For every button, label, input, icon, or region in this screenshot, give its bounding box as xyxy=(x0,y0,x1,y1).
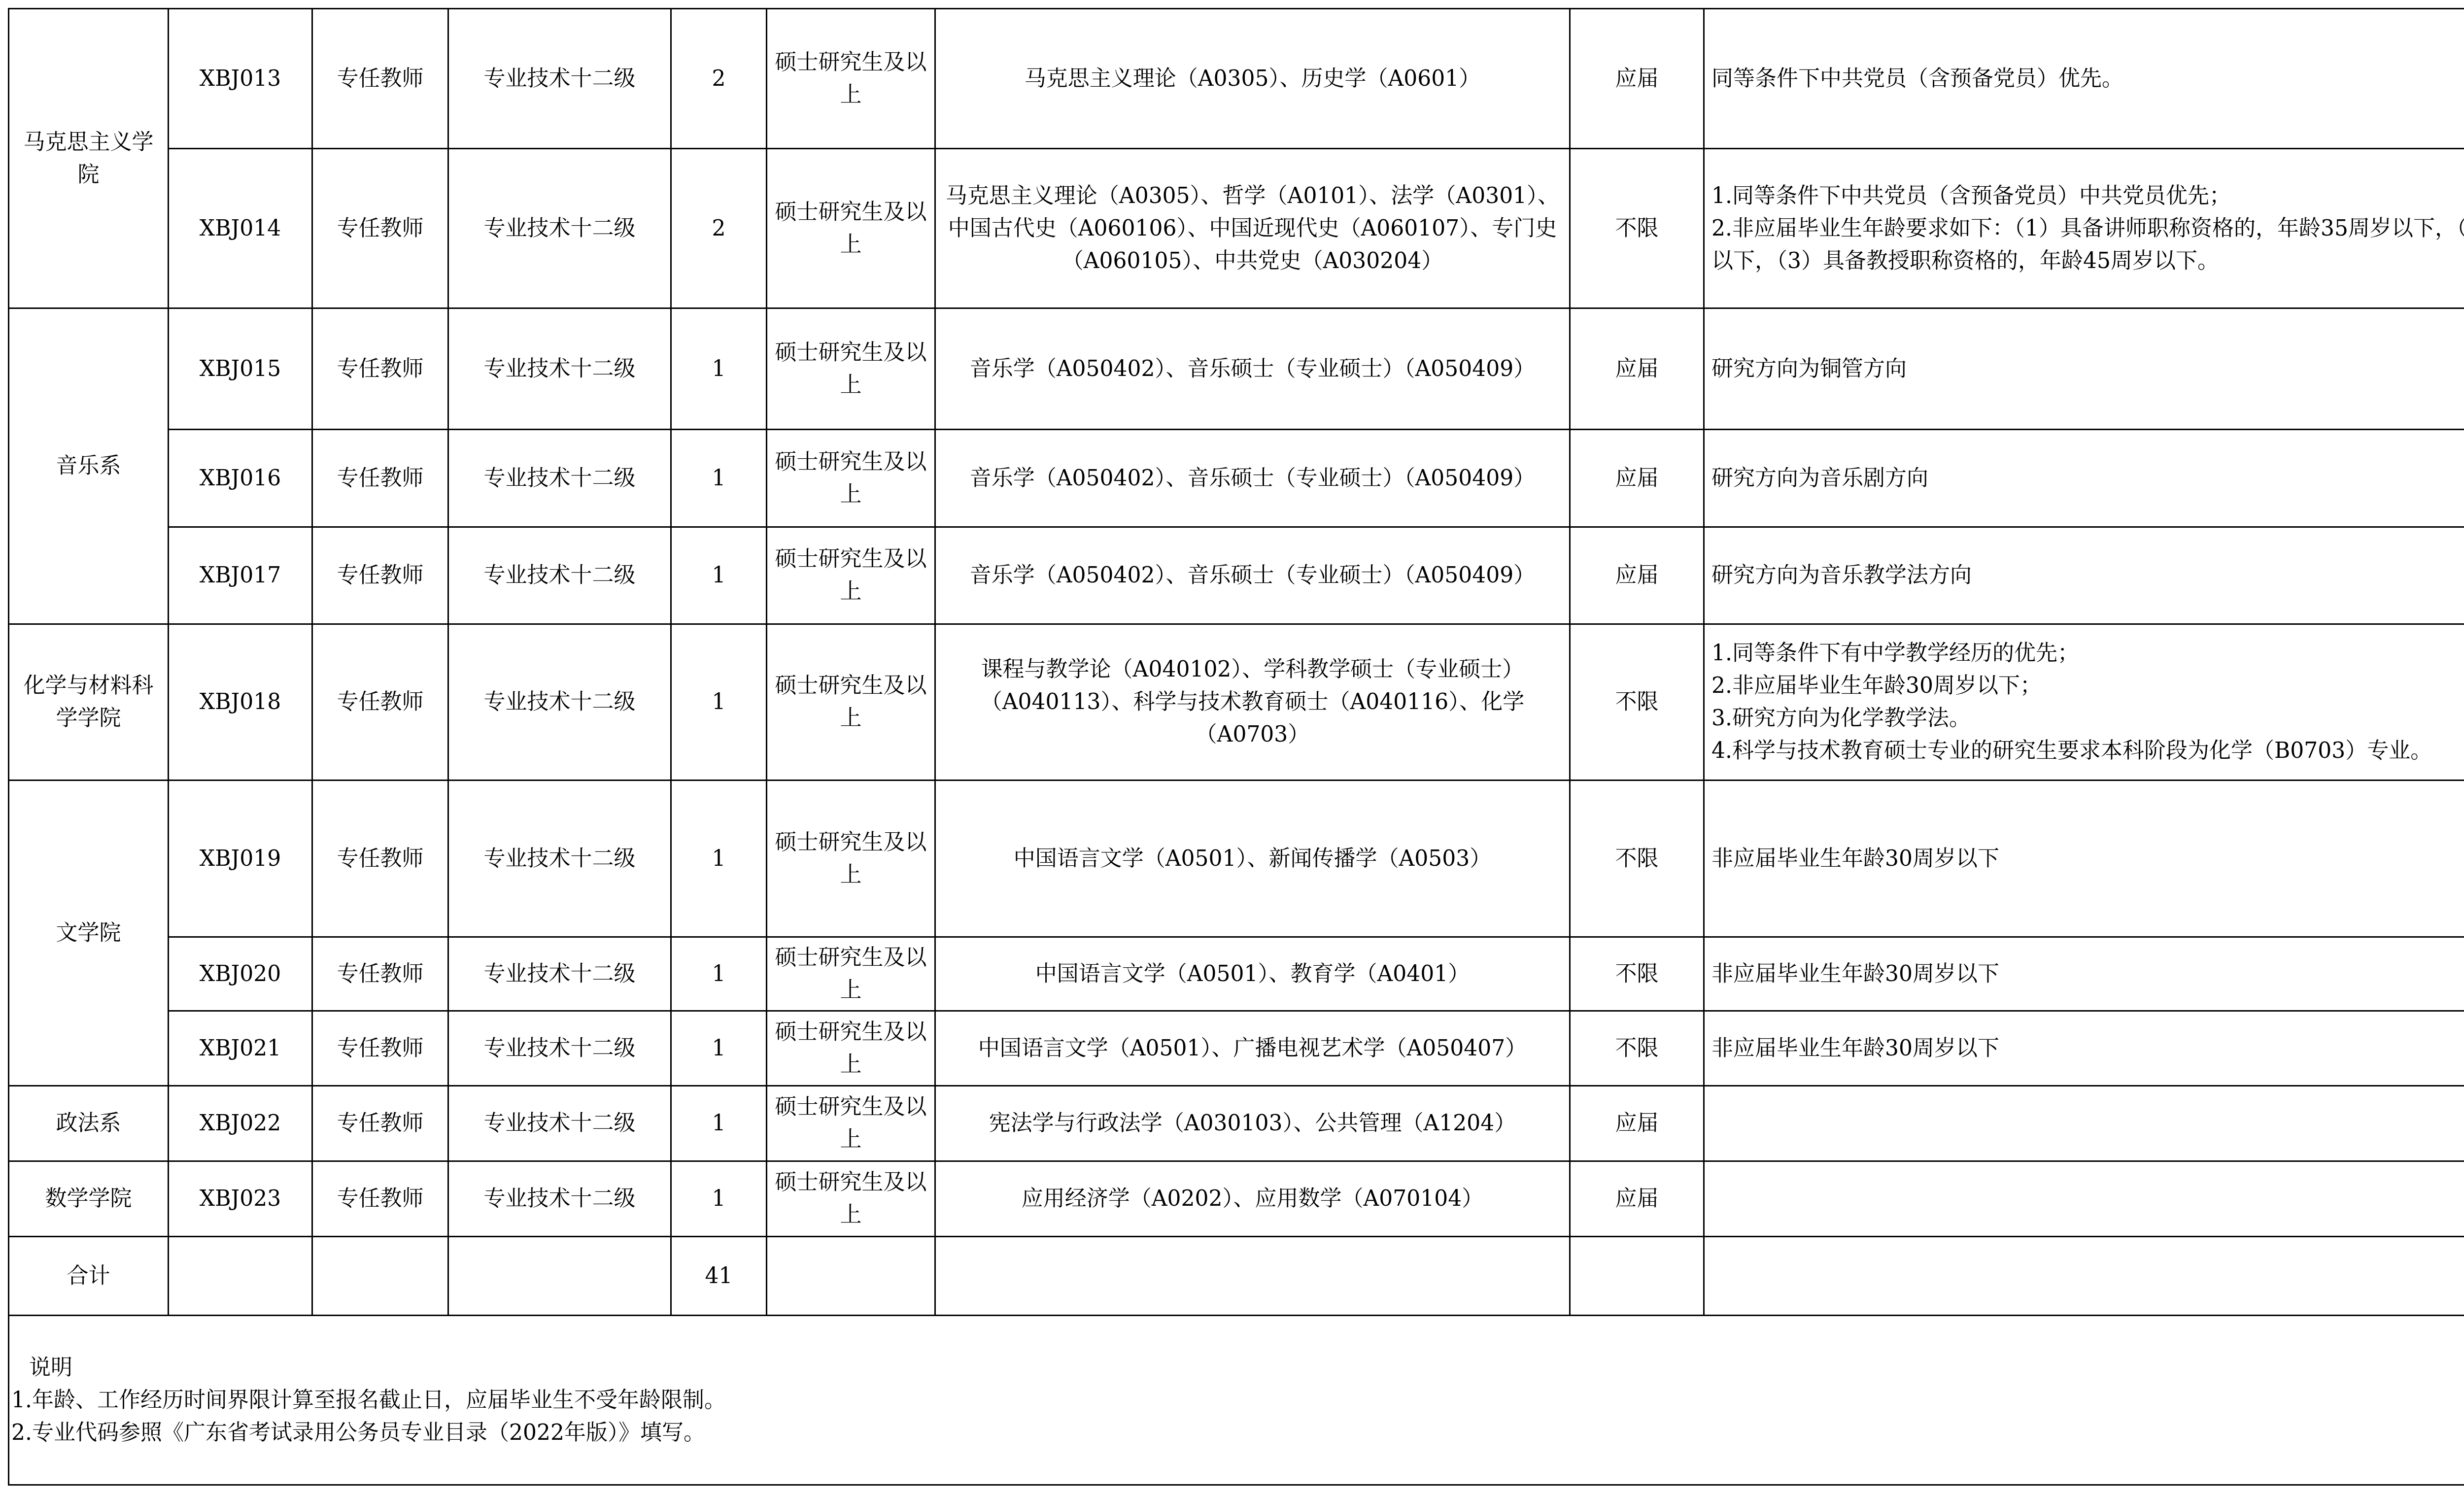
majors-cell: 中国语言文学（A0501）、教育学（A0401） xyxy=(935,937,1570,1011)
notes-cell: 说明1.年龄、工作经历时间界限计算至报名截止日，应届毕业生不受年龄限制。2.专业… xyxy=(9,1316,2464,1485)
notes-title: 说明 xyxy=(11,1352,2464,1384)
post-code-cell: XBJ023 xyxy=(169,1161,312,1237)
post-level-cell: 专业技术十二级 xyxy=(448,149,671,308)
count-cell: 1 xyxy=(671,937,767,1011)
post-name-cell: 专任教师 xyxy=(312,780,448,937)
education-cell: 硕士研究生及以上 xyxy=(767,780,935,937)
requirement-line: 非应届毕业生年龄30周岁以下 xyxy=(1711,1032,2464,1065)
post-name-cell: 专任教师 xyxy=(312,937,448,1011)
requirement-line: 1.同等条件下中共党员（含预备党员）中共党员优先； xyxy=(1711,180,2464,212)
count-cell: 1 xyxy=(671,780,767,937)
other-requirements-cell: 1.同等条件下中共党员（含预备党员）中共党员优先；2.非应届毕业生年龄要求如下：… xyxy=(1704,149,2464,308)
count-cell: 1 xyxy=(671,1086,767,1161)
post-level-cell: 专业技术十二级 xyxy=(448,308,671,430)
majors-cell: 音乐学（A050402）、音乐硕士（专业硕士）（A050409） xyxy=(935,430,1570,527)
graduate-type-cell: 应届 xyxy=(1570,430,1704,527)
empty-cell xyxy=(1570,1237,1704,1316)
requirement-line: 研究方向为铜管方向 xyxy=(1711,353,2464,385)
graduate-type-cell: 应届 xyxy=(1570,527,1704,624)
education-cell: 硕士研究生及以上 xyxy=(767,1011,935,1086)
count-cell: 2 xyxy=(671,149,767,308)
majors-cell: 应用经济学（A0202）、应用数学（A070104） xyxy=(935,1161,1570,1237)
table-row: XBJ017专任教师专业技术十二级1硕士研究生及以上音乐学（A050402）、音… xyxy=(9,527,2464,624)
requirement-line: 非应届毕业生年龄30周岁以下 xyxy=(1711,843,2464,875)
post-name-cell: 专任教师 xyxy=(312,624,448,780)
education-cell: 硕士研究生及以上 xyxy=(767,624,935,780)
recruitment-table: 马克思主义学院XBJ013专任教师专业技术十二级2硕士研究生及以上马克思主义理论… xyxy=(8,8,2464,1486)
post-code-cell: XBJ019 xyxy=(169,780,312,937)
post-code-cell: XBJ022 xyxy=(169,1086,312,1161)
post-code-cell: XBJ021 xyxy=(169,1011,312,1086)
count-cell: 2 xyxy=(671,9,767,149)
graduate-type-cell: 不限 xyxy=(1570,624,1704,780)
education-cell: 硕士研究生及以上 xyxy=(767,149,935,308)
dept-cell: 政法系 xyxy=(9,1086,169,1161)
other-requirements-cell: 研究方向为音乐剧方向 xyxy=(1704,430,2464,527)
post-level-cell: 专业技术十二级 xyxy=(448,430,671,527)
other-requirements-cell: 1.同等条件下有中学教学经历的优先；2.非应届毕业生年龄30周岁以下；3.研究方… xyxy=(1704,624,2464,780)
education-cell: 硕士研究生及以上 xyxy=(767,1086,935,1161)
post-code-cell: XBJ015 xyxy=(169,308,312,430)
post-level-cell: 专业技术十二级 xyxy=(448,1086,671,1161)
other-requirements-cell: 研究方向为铜管方向 xyxy=(1704,308,2464,430)
other-requirements-cell: 同等条件下中共党员（含预备党员）优先。 xyxy=(1704,9,2464,149)
post-name-cell: 专任教师 xyxy=(312,149,448,308)
graduate-type-cell: 不限 xyxy=(1570,149,1704,308)
requirement-line: 1.同等条件下有中学教学经历的优先； xyxy=(1711,637,2464,670)
majors-cell: 马克思主义理论（A0305）、历史学（A0601） xyxy=(935,9,1570,149)
empty-cell xyxy=(935,1237,1570,1316)
empty-cell xyxy=(169,1237,312,1316)
graduate-type-cell: 不限 xyxy=(1570,1011,1704,1086)
graduate-type-cell: 应届 xyxy=(1570,308,1704,430)
post-name-cell: 专任教师 xyxy=(312,308,448,430)
count-cell: 1 xyxy=(671,1161,767,1237)
other-requirements-cell: 非应届毕业生年龄30周岁以下 xyxy=(1704,780,2464,937)
education-cell: 硕士研究生及以上 xyxy=(767,430,935,527)
count-cell: 1 xyxy=(671,430,767,527)
post-level-cell: 专业技术十二级 xyxy=(448,937,671,1011)
requirement-line: 研究方向为音乐剧方向 xyxy=(1711,462,2464,495)
table-row: XBJ014专任教师专业技术十二级2硕士研究生及以上马克思主义理论（A0305）… xyxy=(9,149,2464,308)
dept-cell: 音乐系 xyxy=(9,308,169,624)
education-cell: 硕士研究生及以上 xyxy=(767,937,935,1011)
count-cell: 1 xyxy=(671,1011,767,1086)
count-cell: 1 xyxy=(671,308,767,430)
total-count-cell: 41 xyxy=(671,1237,767,1316)
table-row: 数学学院XBJ023专任教师专业技术十二级1硕士研究生及以上应用经济学（A020… xyxy=(9,1161,2464,1237)
table-row: XBJ021专任教师专业技术十二级1硕士研究生及以上中国语言文学（A0501）、… xyxy=(9,1011,2464,1086)
post-code-cell: XBJ020 xyxy=(169,937,312,1011)
post-level-cell: 专业技术十二级 xyxy=(448,1161,671,1237)
post-level-cell: 专业技术十二级 xyxy=(448,9,671,149)
requirement-line: 2.非应届毕业生年龄30周岁以下； xyxy=(1711,670,2464,702)
other-requirements-cell: 非应届毕业生年龄30周岁以下 xyxy=(1704,1011,2464,1086)
post-name-cell: 专任教师 xyxy=(312,9,448,149)
requirement-line: 2.非应届毕业生年龄要求如下：（1）具备讲师职称资格的，年龄35周岁以下，（2）… xyxy=(1711,212,2464,277)
total-row: 合计41 xyxy=(9,1237,2464,1316)
post-level-cell: 专业技术十二级 xyxy=(448,527,671,624)
table-row: 政法系XBJ022专任教师专业技术十二级1硕士研究生及以上宪法学与行政法学（A0… xyxy=(9,1086,2464,1161)
majors-cell: 音乐学（A050402）、音乐硕士（专业硕士）（A050409） xyxy=(935,308,1570,430)
graduate-type-cell: 应届 xyxy=(1570,1086,1704,1161)
education-cell: 硕士研究生及以上 xyxy=(767,9,935,149)
post-code-cell: XBJ013 xyxy=(169,9,312,149)
other-requirements-cell: 非应届毕业生年龄30周岁以下 xyxy=(1704,937,2464,1011)
table-row: 音乐系XBJ015专任教师专业技术十二级1硕士研究生及以上音乐学（A050402… xyxy=(9,308,2464,430)
total-label-cell: 合计 xyxy=(9,1237,169,1316)
post-level-cell: 专业技术十二级 xyxy=(448,1011,671,1086)
notes-line: 2.专业代码参照《广东省考试录用公务员专业目录（2022年版）》填写。 xyxy=(11,1417,2464,1449)
graduate-type-cell: 不限 xyxy=(1570,780,1704,937)
count-cell: 1 xyxy=(671,624,767,780)
graduate-type-cell: 不限 xyxy=(1570,937,1704,1011)
education-cell: 硕士研究生及以上 xyxy=(767,1161,935,1237)
count-cell: 1 xyxy=(671,527,767,624)
empty-cell xyxy=(312,1237,448,1316)
graduate-type-cell: 应届 xyxy=(1570,1161,1704,1237)
post-code-cell: XBJ014 xyxy=(169,149,312,308)
post-name-cell: 专任教师 xyxy=(312,1161,448,1237)
empty-cell xyxy=(767,1237,935,1316)
post-name-cell: 专任教师 xyxy=(312,1086,448,1161)
requirement-line: 非应届毕业生年龄30周岁以下 xyxy=(1711,958,2464,990)
table-row: 化学与材料科学学院XBJ018专任教师专业技术十二级1硕士研究生及以上课程与教学… xyxy=(9,624,2464,780)
table-row: XBJ020专任教师专业技术十二级1硕士研究生及以上中国语言文学（A0501）、… xyxy=(9,937,2464,1011)
post-code-cell: XBJ017 xyxy=(169,527,312,624)
post-code-cell: XBJ016 xyxy=(169,430,312,527)
majors-cell: 马克思主义理论（A0305）、哲学（A0101）、法学（A0301）、中国古代史… xyxy=(935,149,1570,308)
dept-cell: 马克思主义学院 xyxy=(9,9,169,308)
requirement-line: 4.科学与技术教育硕士专业的研究生要求本科阶段为化学（B0703）专业。 xyxy=(1711,735,2464,767)
dept-cell: 化学与材料科学学院 xyxy=(9,624,169,780)
requirement-line: 研究方向为音乐教学法方向 xyxy=(1711,559,2464,592)
notes-row: 说明1.年龄、工作经历时间界限计算至报名截止日，应届毕业生不受年龄限制。2.专业… xyxy=(9,1316,2464,1485)
other-requirements-cell: 研究方向为音乐教学法方向 xyxy=(1704,527,2464,624)
notes-line: 1.年龄、工作经历时间界限计算至报名截止日，应届毕业生不受年龄限制。 xyxy=(11,1384,2464,1417)
education-cell: 硕士研究生及以上 xyxy=(767,527,935,624)
majors-cell: 中国语言文学（A0501）、广播电视艺术学（A050407） xyxy=(935,1011,1570,1086)
other-requirements-cell xyxy=(1704,1161,2464,1237)
dept-cell: 文学院 xyxy=(9,780,169,1086)
majors-cell: 音乐学（A050402）、音乐硕士（专业硕士）（A050409） xyxy=(935,527,1570,624)
table-row: 文学院XBJ019专任教师专业技术十二级1硕士研究生及以上中国语言文学（A050… xyxy=(9,780,2464,937)
empty-cell xyxy=(1704,1237,2464,1316)
post-code-cell: XBJ018 xyxy=(169,624,312,780)
requirement-line: 3.研究方向为化学教学法。 xyxy=(1711,702,2464,735)
education-cell: 硕士研究生及以上 xyxy=(767,308,935,430)
post-name-cell: 专任教师 xyxy=(312,527,448,624)
dept-cell: 数学学院 xyxy=(9,1161,169,1237)
table-row: XBJ016专任教师专业技术十二级1硕士研究生及以上音乐学（A050402）、音… xyxy=(9,430,2464,527)
majors-cell: 宪法学与行政法学（A030103）、公共管理（A1204） xyxy=(935,1086,1570,1161)
majors-cell: 中国语言文学（A0501）、新闻传播学（A0503） xyxy=(935,780,1570,937)
table-row: 马克思主义学院XBJ013专任教师专业技术十二级2硕士研究生及以上马克思主义理论… xyxy=(9,9,2464,149)
other-requirements-cell xyxy=(1704,1086,2464,1161)
post-level-cell: 专业技术十二级 xyxy=(448,780,671,937)
requirement-line: 同等条件下中共党员（含预备党员）优先。 xyxy=(1711,63,2464,95)
post-level-cell: 专业技术十二级 xyxy=(448,624,671,780)
graduate-type-cell: 应届 xyxy=(1570,9,1704,149)
empty-cell xyxy=(448,1237,671,1316)
post-name-cell: 专任教师 xyxy=(312,1011,448,1086)
majors-cell: 课程与教学论（A040102）、学科教学硕士（专业硕士）（A040113）、科学… xyxy=(935,624,1570,780)
post-name-cell: 专任教师 xyxy=(312,430,448,527)
